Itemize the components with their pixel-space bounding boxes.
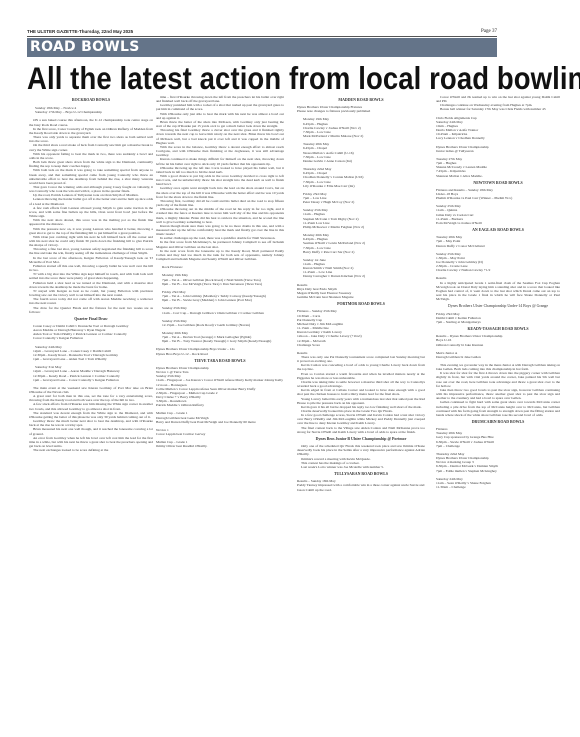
- results-list: Rhys Daly beat Endo SmythMegan O'Reilly …: [297, 287, 425, 299]
- fixture-line: 7pm – Starting at Montgomerys: [436, 320, 560, 324]
- dynes-list: Dynes Brothers Ulster Championship Boys …: [156, 343, 284, 355]
- fixture-line: Denise Galvin v Anne Carson (Int): [297, 159, 425, 163]
- paragraph: The final contest back to the Village sa…: [297, 426, 425, 434]
- section-banner: ROAD BOWLS: [27, 38, 497, 57]
- paragraph: It was shot for shot for the first 4 thr…: [436, 371, 560, 388]
- paragraph: ON a sun baked course this afternoon, th…: [29, 118, 153, 126]
- keady-results-list: Results – Dynes Brothers Ulster Champion…: [436, 334, 560, 359]
- paragraph: Gormley threw the much better next shot …: [29, 419, 153, 427]
- paragraph: In the next score from the lonesome up t…: [156, 249, 284, 261]
- schedule-list: 12pm – Graveyard Lane – Aaron Maddie v D…: [29, 369, 153, 381]
- column-4: Conor O'Neill and JK teamed up to win on…: [436, 95, 560, 735]
- section-heading-rockroad: ROCKROAD BOWLS: [29, 98, 153, 102]
- paragraph: With O'Rourke only just able to beat the…: [156, 112, 284, 120]
- intro-line: Please note changes to fixtures previous…: [297, 109, 425, 113]
- paragraph: Throwing first, Gormley did all he could…: [156, 199, 284, 207]
- paragraph: Bonus ball winner for Saturday 17th May …: [436, 107, 560, 111]
- paragraph: There was only yards to separate them ov…: [29, 135, 153, 143]
- paragraph: TJ stayed with Keigan as best as he coul…: [29, 289, 153, 297]
- paragraph: The main event at the weekend saw Kieran…: [29, 386, 153, 394]
- fixture-line: 11.30am – Challenge: [436, 485, 560, 489]
- paragraph: Fullerton held a shot lead as we turned …: [29, 281, 153, 289]
- fields-cup-list: Chris Fields Alignments CupSaturday 24th…: [436, 112, 560, 141]
- paragraph: O'Rourke throwing up the left into Corrs…: [156, 166, 284, 174]
- tieve-line: 11am – Fingerpost – Joe Kieran v Conor O…: [156, 378, 284, 382]
- section-heading-drumcairn: DRUMCAIRN ROAD BOWLS: [436, 420, 560, 424]
- fixture-line: 12.15pm – Joe Gribben (Rock Road) v Gart…: [156, 323, 284, 327]
- page-number: Page 37: [481, 29, 497, 34]
- paragraph: Last week's Lotto winner was Joe McArdle…: [297, 465, 425, 469]
- fixture-line: 11am – Corr Cup – Darragh Gribben v Oisi…: [156, 311, 284, 315]
- paragraph: Young Lavery belied his early years with…: [297, 397, 425, 405]
- paragraph: Kevin edged in front at Callans Corner a…: [297, 388, 425, 396]
- section-heading-portmor: PORTMOR ROAD BOWLS: [297, 302, 425, 306]
- fixture-line: Lily O'Rourke v Ellie Mae Carr (Int): [297, 184, 425, 188]
- paragraph: Jake then threw two good bowls to past t…: [436, 388, 560, 400]
- paragraph: Fullerton started off this one well, thr…: [29, 264, 153, 272]
- paragraph: Kevin Conlon was conceding a bowl of odd…: [297, 363, 425, 371]
- paragraph: Both lads threw great shots down from th…: [29, 160, 153, 168]
- paragraph: With Oran just catching right with his n…: [29, 235, 153, 247]
- article-body: ON a sun baked course this afternoon, th…: [29, 118, 153, 313]
- section-heading-newtown: NEWTOWN ROAD BOWLS: [436, 181, 560, 185]
- article-body: Conor O'Neill and JK teamed up to win on…: [436, 95, 560, 112]
- intro-list: Dynes Brothers Ulster Championship Fixtu…: [297, 105, 425, 113]
- paragraph: Throwing his final Gormley threw a cleve…: [156, 128, 284, 145]
- paragraph: Conor O'Neill and JK teamed up to win on…: [436, 95, 560, 103]
- fixture-line: Charlie Cawley v Nathan Cawley +1/2: [436, 268, 560, 272]
- paragraph: With the pressure now on, it was young L…: [29, 227, 153, 235]
- result-paragraph: In a highly anticipated Grade 1 semi-fin…: [436, 281, 560, 302]
- fixture-line: 8pm – Vet B – Stevie Gray (Madden) v Joh…: [156, 298, 284, 302]
- paragraph: That gave Conor the winning odds and alt…: [29, 185, 153, 193]
- paragraph: In the first score from McAlinney's, he …: [156, 240, 284, 248]
- fixture-line: Challenge Score: [297, 343, 425, 347]
- paragraph: With the next shots shared, this score w…: [29, 218, 153, 226]
- ladies-list: Dynes Brothers Ulster ChampionshipJunior…: [436, 141, 560, 153]
- paragraph: O'Rourke throwing out in the middle of t…: [156, 207, 284, 224]
- paragraph: Brian measured his next one well though,…: [29, 427, 153, 435]
- draw-line: Conor Connolly v Keigan Fullerton: [29, 336, 153, 340]
- paragraph: In a few good challenge scores, Stevie O…: [297, 413, 425, 425]
- paragraph: Kieran though made sure there was going …: [156, 224, 284, 236]
- fixture-line: Peter Deasy v Hugh McCoy (Nov 2): [297, 200, 425, 204]
- fixture-list: Monday 19th May6.45pm – HughesCharlie Ca…: [297, 117, 425, 278]
- fixture-line: Mark McParland v Martin Malone (Nov 2): [297, 134, 425, 138]
- paragraph: With a good chance to put big odds in th…: [156, 174, 284, 186]
- fixture-line: Philip McKeever v Martin Feighan (Nov 2): [297, 225, 425, 229]
- fixtures-title: Rock Fixtures:: [156, 265, 284, 269]
- paragraph: Paddy Tierney impressed with a comfortab…: [297, 483, 425, 491]
- article-body: Only one of the scheduled Qtr Finals thi…: [297, 444, 425, 469]
- paragraph: TJ with a big shot into the White sign k…: [29, 272, 153, 280]
- section-heading-u14: Dynes Brothers Ulster Championship Under…: [436, 304, 560, 308]
- paragraph: Charlie was taking time to settle howeve…: [297, 380, 425, 388]
- paragraph: Only one of the scheduled Qtr Finals thi…: [297, 444, 425, 456]
- fixture-list: Sunday 18th May – Novice 4 Saturday 17th…: [29, 106, 153, 114]
- paragraph: In the last score of the afternoon, Keig…: [29, 256, 153, 264]
- section-heading-an-eaglais: AN EAGLAIS ROAD BOWLS: [436, 228, 560, 232]
- column-3: MADDEN ROAD BOWLS Dynes Brothers Ulster …: [297, 95, 425, 735]
- result-line: Jimmy Oliver beat Ruadhri O'Reilly.: [156, 444, 284, 448]
- paragraph: The standard was decent enough from the …: [29, 411, 153, 419]
- column-2: time – first O'Rourke throwing down the …: [156, 95, 284, 735]
- schedule-list: 12pm – Graveyard Lane – Conan Casey v Da…: [29, 349, 153, 361]
- paragraph: A few rash efforts from Lennon allowed y…: [29, 206, 153, 218]
- paragraph: With both lads on the mark it was going …: [29, 168, 153, 185]
- section-heading-tieve-tara: TIEVE TARA ROAD BOWLS: [156, 359, 284, 363]
- paragraph: Kieran continued to make things difficul…: [156, 157, 284, 165]
- paragraph: With the score in the balance, Gormley t…: [156, 145, 284, 157]
- paragraph: Gormley once again went straight back in…: [156, 186, 284, 198]
- paragraph: This evening we got under way in the men…: [436, 363, 560, 371]
- results-list: Mullen Cup – Grade 1Darragh Gribben beat…: [156, 411, 284, 448]
- masthead: THE ULSTER GAZETTE-Thursday, 22nd May 20…: [27, 29, 497, 37]
- result-line: Gemma McCann beat Shannon Maguire: [297, 295, 425, 299]
- fixture-line: 8pm – Vet B – Tony Treanor (Keady Tassag…: [156, 339, 284, 343]
- article-body: There was only one Pat Donnelly tourname…: [297, 355, 425, 434]
- paragraph: A few slack efforts from O'Rourke saw hi…: [29, 402, 153, 410]
- newtown-list: Fixtures and Results – Sunday 18th MayUn…: [436, 188, 560, 225]
- paragraph: On the third shots a real stroke of luck…: [29, 143, 153, 151]
- fixture-line: 8pm – Vet B – Joe McVeigh (Tieve Tara) v…: [156, 282, 284, 286]
- article-body: Results – Sunday 18th MayPaddy Tierney i…: [297, 479, 425, 491]
- article-body: The main event at the weekend saw Kieran…: [29, 386, 153, 453]
- section-heading-tullysaran: TULLYSARAN ROAD BOWLS: [297, 472, 425, 476]
- schedule-line: 1pm – Graveyard Lane – Aiden Toal v Tom …: [29, 357, 153, 361]
- section-heading-madden: MADDEN ROAD BOWLS: [297, 98, 425, 102]
- paragraph: The next exchanges looked to be score de…: [29, 448, 153, 452]
- section-heading-keady-tassagh: KEADY-TASSAGH ROAD BOWLS: [436, 327, 560, 331]
- fixture-line: Shannon Mallon v Alice Maddie.: [436, 174, 560, 178]
- paragraph: Gallen continued to fight hard with some…: [436, 400, 560, 417]
- paragraph: The fourth score today did not come off …: [29, 297, 153, 305]
- paragraph: Gormley punished him with a rocket of a …: [156, 103, 284, 111]
- eaglais-list: Tuesday 20th May7pm – May PointDarren Du…: [436, 235, 560, 272]
- dynes-line: Dynes Bros Boys U-12 – Rock Road: [156, 352, 284, 356]
- article-body: time – first O'Rourke throwing down the …: [156, 95, 284, 261]
- paragraph: The draw for the Quarter Finals and the …: [29, 306, 153, 314]
- drumcairn-list: FixturesTuesday 20th MayGary Cup sponsor…: [436, 427, 560, 489]
- headline: All the latest action from local road bo…: [27, 60, 497, 97]
- paragraph: Even so Conlon started a warm favourite …: [297, 372, 425, 380]
- tieve-list: Dynes Brothers Ulster ChampionshipNovice…: [156, 366, 284, 408]
- paper-title-date: THE ULSTER GAZETTE-Thursday, 22nd May 20…: [27, 29, 133, 34]
- paragraph: There was only one Pat Donnelly tourname…: [297, 355, 425, 363]
- paragraph: Throwing a fine last shot, young Lennon …: [29, 247, 153, 255]
- u14-list: Friday 23rd MayDaithi Cahill v Keilan Fu…: [436, 312, 560, 324]
- fixture-list: Monday 19th May7pm – Vet A – Oliver Grib…: [156, 273, 284, 343]
- paragraph: time – first O'Rourke throwing down the …: [156, 95, 284, 103]
- draw-list: Conan Casey or Daithi Cahill v Donnacha …: [29, 324, 153, 341]
- section-heading-draw: Quarter Final Draw: [29, 317, 153, 321]
- fixture-line: Eoin McVeigh vs Joshua O'Neill: [436, 221, 560, 225]
- portmor-fixtures: Fixtures – Sunday 25th May10.30am – Carr…: [297, 309, 425, 346]
- paragraph: An error from Gormley when he left his b…: [29, 436, 153, 448]
- paragraph: Brian threw the better of the shots into…: [156, 120, 284, 128]
- paragraph: Lennon throwing the harder bullet got of…: [29, 197, 153, 205]
- section-heading-junior-b: Dynes Bros Junior B Ulster Championship …: [297, 437, 425, 441]
- fixture-line: Danny Carragher v Darren Kinchen (Nov 2): [297, 274, 425, 278]
- tuesday-list: Tuesday 27th May7pm – HughesShauna McCre…: [436, 153, 560, 178]
- paragraph: A great start for both men in this one, …: [29, 394, 153, 402]
- article-body: This evening we got under way in the men…: [436, 363, 560, 417]
- paragraph: In the first score, Conor Connolly of Eg…: [29, 127, 153, 135]
- column-1: ROCKROAD BOWLS Sunday 18th May – Novice …: [29, 95, 153, 735]
- fixture-line: Barry Duffy v Pete Carr Snr (Nov 2): [297, 250, 425, 254]
- paragraph: With his opponent failing to beat the ma…: [29, 152, 153, 160]
